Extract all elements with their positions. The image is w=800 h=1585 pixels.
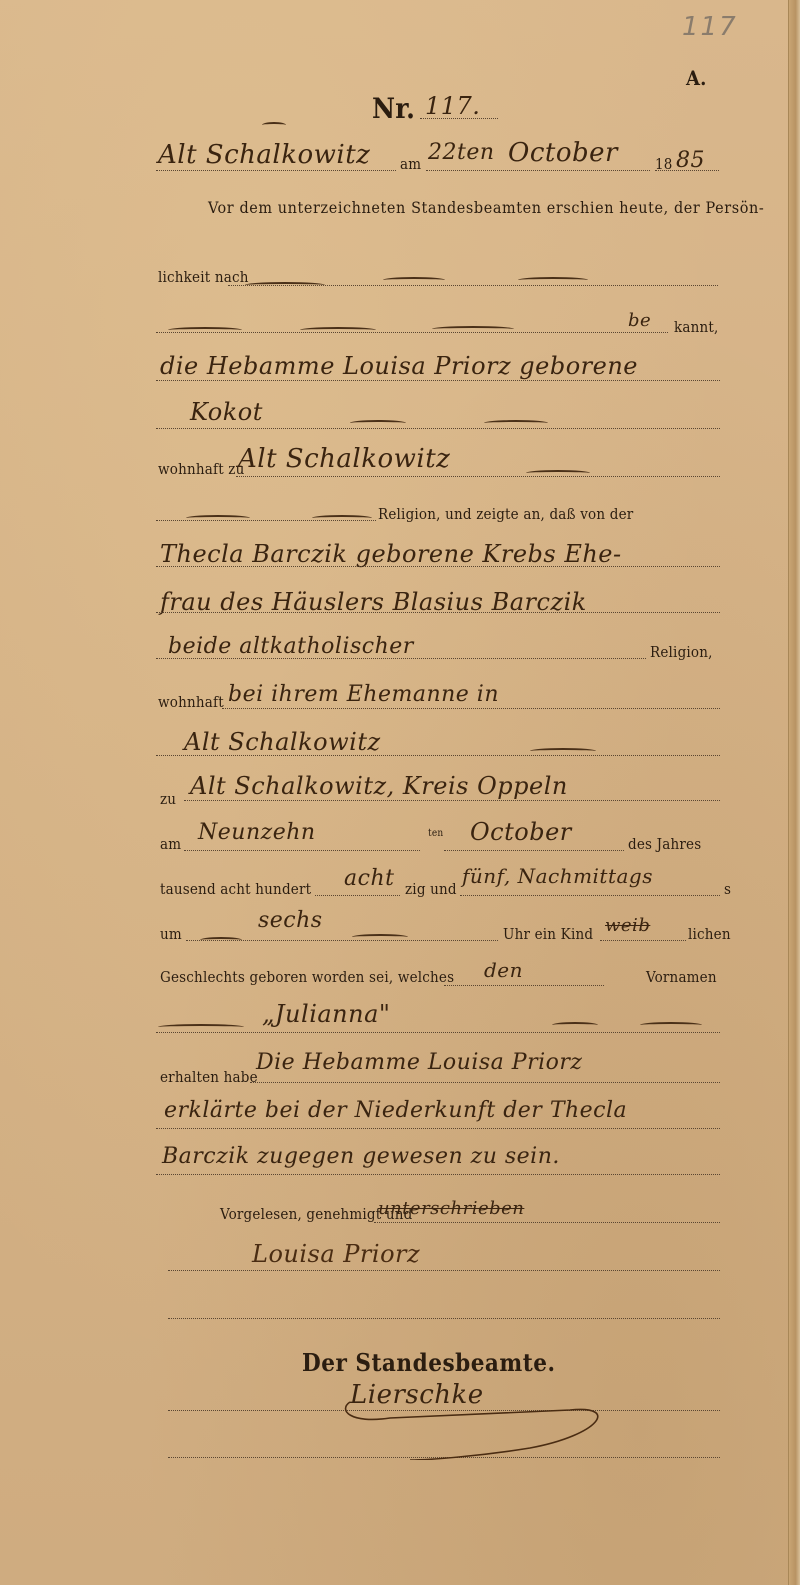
dotted-line	[156, 1128, 720, 1129]
informant-line-1: die Hebamme Louisa Priorz geborene	[160, 352, 638, 380]
mother-residence-value-1: bei ihrem Ehemanne in	[228, 682, 499, 707]
dotted-line	[426, 170, 650, 171]
dotted-line	[184, 800, 720, 801]
pencil-number: 117	[682, 12, 738, 42]
received-value-2: erklärte bei der Niederkunft der Thecla	[164, 1098, 627, 1123]
mother-line-1: Thecla Barczik geborene Krebs Ehe-	[160, 540, 622, 568]
flourish	[640, 1022, 702, 1028]
flourish	[530, 748, 596, 754]
dotted-line	[655, 170, 719, 171]
received-value-1: Die Hebamme Louisa Priorz	[256, 1050, 583, 1075]
dotted-line	[156, 380, 720, 381]
religion-label: Religion, und zeigte an, daß von der	[378, 505, 633, 523]
record-number: 117.	[425, 92, 480, 120]
flourish	[484, 420, 548, 426]
dotted-line	[222, 708, 720, 709]
dotted-line	[156, 1032, 720, 1033]
received-value-3: Barczik zugegen gewesen zu sein.	[162, 1144, 560, 1169]
informant-signature: Louisa Priorz	[252, 1240, 420, 1268]
mother-residence-label: wohnhaft	[158, 693, 224, 711]
dotted-line	[444, 850, 624, 851]
informant-line-2: Kokot	[190, 398, 263, 426]
known-label: kannt,	[674, 318, 719, 336]
sex-suffix: lichen	[688, 925, 731, 943]
dotted-line	[186, 940, 498, 941]
year-end: s	[724, 880, 731, 898]
dotted-line	[374, 1222, 720, 1223]
flourish	[383, 277, 445, 283]
flourish	[262, 122, 286, 128]
time-value: sechs	[258, 908, 323, 933]
flourish	[432, 326, 514, 332]
dotted-line	[444, 985, 604, 986]
dotted-line	[184, 850, 420, 851]
form-letter: A.	[686, 66, 707, 90]
time-label: um	[160, 925, 182, 943]
flourish	[552, 1022, 598, 1028]
date-month: October	[508, 138, 618, 168]
dotted-line	[600, 940, 686, 941]
mother-line-3: beide altkatholischer	[168, 634, 414, 659]
dotted-line	[156, 520, 376, 521]
date-day: 22ten	[428, 140, 495, 165]
received-label: erhalten habe	[160, 1068, 258, 1086]
birth-month-value: October	[470, 818, 572, 846]
dotted-line	[156, 170, 396, 171]
birthplace-label: zu	[160, 790, 176, 808]
official-title: Der Standesbeamte.	[302, 1348, 556, 1377]
birth-day-label: am	[160, 835, 181, 853]
mother-residence-value-2: Alt Schalkowitz	[184, 728, 381, 756]
thousand-label: tausend acht hundert	[160, 880, 311, 898]
flourish	[350, 420, 406, 426]
gender-label: Geschlechts geboren worden sei, welches	[160, 968, 454, 986]
dotted-line	[168, 1270, 720, 1271]
dotted-line	[168, 1318, 720, 1319]
child-label: Uhr ein Kind	[503, 925, 593, 943]
sex-value: weib	[605, 915, 650, 936]
decade-suffix: zig und	[405, 880, 457, 898]
signature-flourish	[330, 1380, 630, 1460]
birth-day-value: Neunzehn	[198, 820, 316, 845]
number-label: Nr.	[372, 92, 415, 125]
identity-label: lichkeit nach	[158, 268, 249, 286]
dotted-line	[250, 1082, 720, 1083]
flourish	[518, 277, 588, 283]
residence-label: wohnhaft zu	[158, 460, 245, 478]
residence-value: Alt Schalkowitz	[238, 444, 450, 474]
birthplace-value: Alt Schalkowitz, Kreis Oppeln	[190, 772, 568, 800]
dotted-line	[156, 658, 646, 659]
place-value: Alt Schalkowitz	[158, 140, 370, 170]
dotted-line	[156, 1174, 720, 1175]
flourish	[158, 1024, 244, 1030]
intro-text: Vor dem unterzeichneten Standesbeamten e…	[208, 198, 764, 217]
forename-article: den	[484, 958, 523, 982]
flourish	[245, 282, 325, 288]
birth-day-suffix: ten	[428, 828, 443, 839]
flourish	[300, 327, 376, 333]
dotted-line	[236, 476, 720, 477]
dotted-line	[460, 895, 720, 896]
closing-value: unterschrieben	[378, 1198, 524, 1219]
forename-value: „Julianna"	[262, 1000, 390, 1028]
year-label: des Jahres	[628, 835, 701, 853]
page-edge	[788, 0, 800, 1585]
dotted-line	[315, 895, 400, 896]
year-unit-value: fünf, Nachmittags	[462, 864, 653, 888]
date-label: am	[400, 155, 421, 173]
flourish	[168, 327, 242, 333]
forename-label: Vornamen	[646, 968, 717, 986]
dotted-line	[420, 118, 498, 119]
mother-religion-label: Religion,	[650, 643, 713, 661]
known-prefix: be	[628, 310, 651, 331]
dotted-line	[156, 428, 720, 429]
decade-value: acht	[344, 866, 394, 891]
dotted-line	[156, 566, 720, 567]
dotted-line	[156, 755, 720, 756]
dotted-line	[156, 612, 720, 613]
document-page: 117 A. Nr. 117. Alt Schalkowitz am 22ten…	[0, 0, 800, 1585]
